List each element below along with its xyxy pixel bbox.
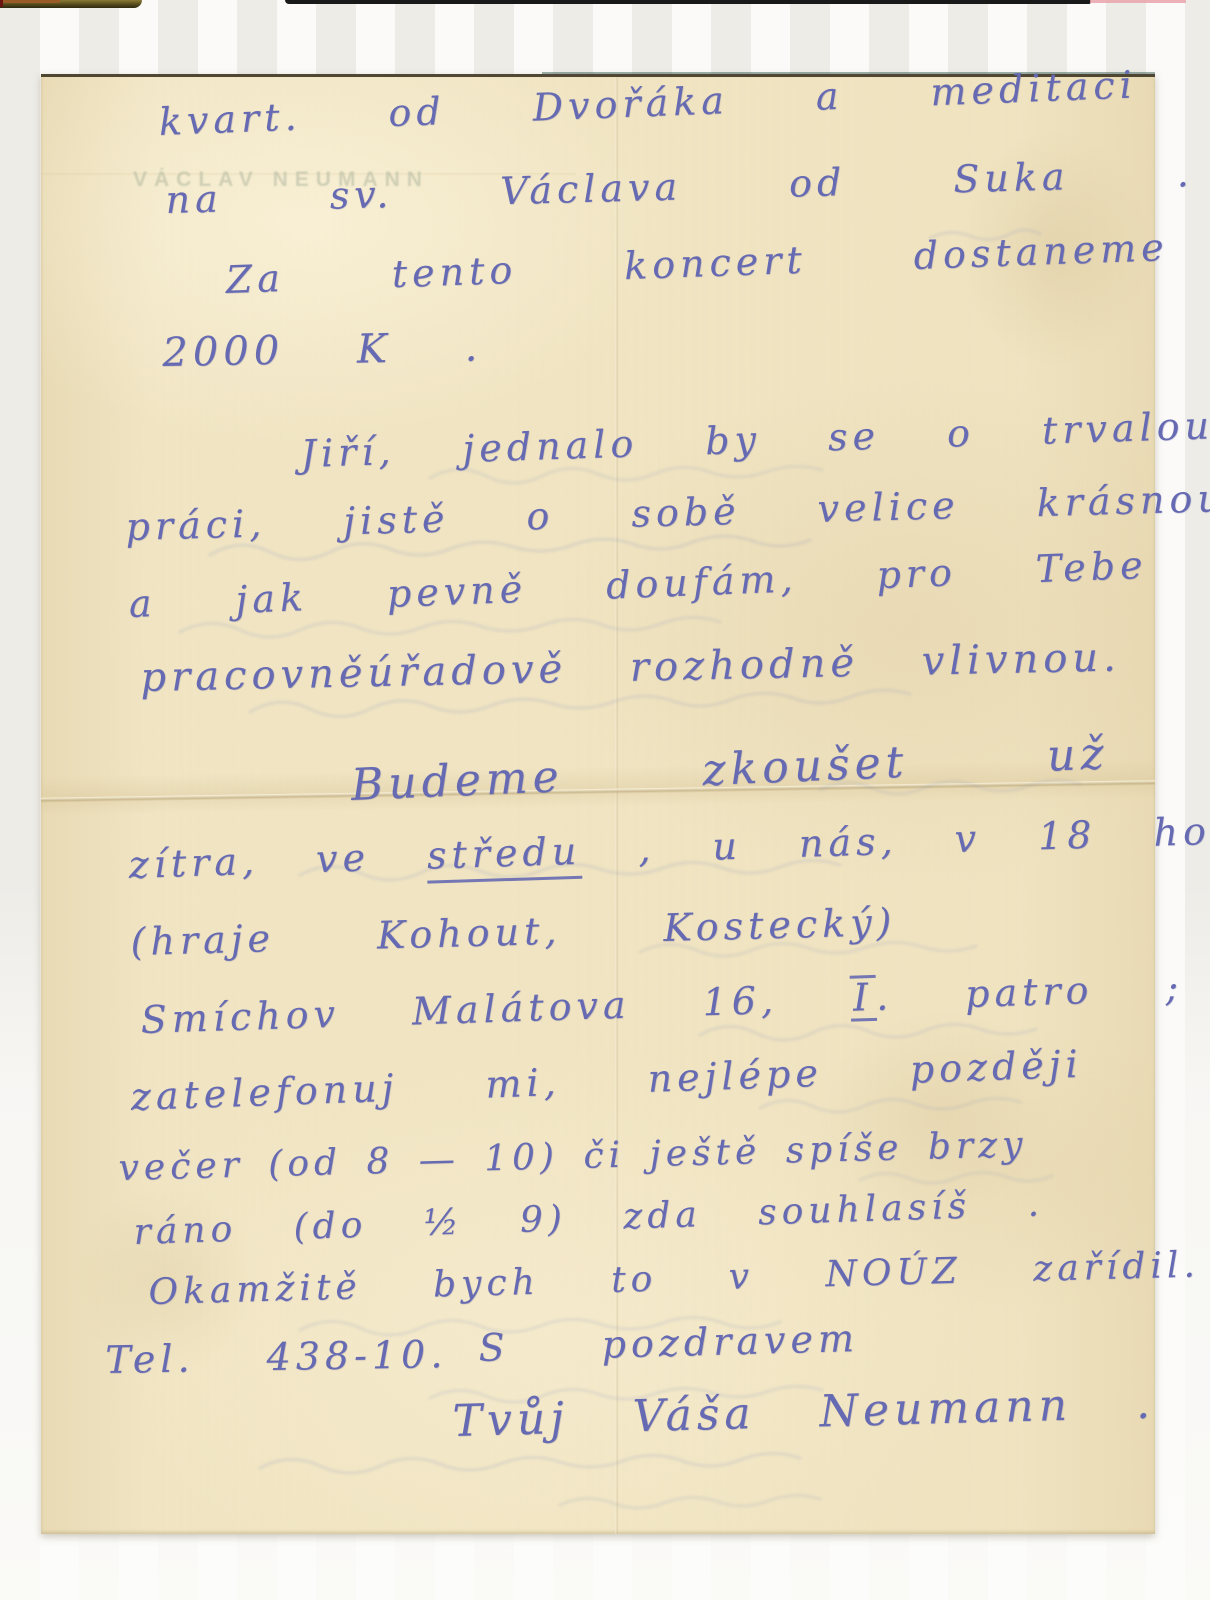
handwritten-text: ráno (do ½ 9) zda souhlasíš . — [133, 1183, 1045, 1253]
handwritten-line-19: Tvůj Váša Neumann . — [452, 1378, 1156, 1447]
handwritten-line-6: práci, jistě o sobě velice krásnou, — [125, 476, 1210, 549]
handwritten-text: Tel. 438-10. — [105, 1332, 448, 1382]
handwritten-text: , u nás, v 18 hod, — [580, 808, 1210, 873]
handwritten-text: Smíchov Malátova 16, — [140, 976, 851, 1042]
scanner-edge-artifact-gold — [0, 0, 142, 8]
scanner-edge-artifact-black — [285, 0, 1091, 4]
handwritten-line-17: Tel. 438-10. — [105, 1332, 448, 1382]
handwritten-line-14: večer (od 8 — 10) či ještě spíše brzy — [118, 1124, 1028, 1189]
handwritten-text-underline: středu — [426, 829, 582, 884]
handwritten-line-1: kvart. od Dvořáka a meditaci — [158, 62, 1137, 144]
handwritten-line-8: pracovněúřadově rozhodně vlivnou. — [140, 634, 1121, 701]
handwritten-line-16: Okamžitě bych to v NOÚZ zařídil. — [148, 1244, 1200, 1313]
handwritten-text: (hraje Kohout, Kostecký) — [130, 900, 897, 964]
handwritten-text: . patro ; — [875, 965, 1184, 1019]
handwritten-line-4: 2000 K . — [162, 324, 483, 376]
handwritten-line-18: S pozdravem — [478, 1316, 860, 1370]
handwritten-text-roman: I — [849, 975, 876, 1022]
handwritten-line-5: Jiří, jednalo by se o trvalou — [300, 403, 1210, 476]
handwritten-text: Budeme zkoušet už — [350, 728, 1110, 811]
handwritten-line-12: Smíchov Malátova 16, I. patro ; — [140, 965, 1184, 1044]
handwritten-text: S pozdravem — [478, 1316, 860, 1370]
handwritten-text: Za tento koncert dostaneme — [225, 225, 1169, 302]
handwritten-text: práci, jistě o sobě velice krásnou, — [125, 476, 1210, 549]
scanner-background: VÁCLAV NEUMANN kvart. od Dvořáka a medit… — [0, 0, 1210, 1600]
handwritten-text: zítra, ve — [128, 834, 428, 887]
handwritten-line-15: ráno (do ½ 9) zda souhlasíš . — [133, 1183, 1045, 1253]
handwritten-line-11: (hraje Kohout, Kostecký) — [130, 900, 897, 964]
handwritten-text: zatelefonuj mi, nejlépe později — [130, 1042, 1083, 1119]
handwritten-line-13: zatelefonuj mi, nejlépe později — [130, 1042, 1083, 1119]
handwritten-line-7: a jak pevně doufám, pro Tebe — [128, 543, 1148, 626]
handwritten-line-3: Za tento koncert dostaneme — [225, 225, 1169, 302]
scanner-edge-artifact-pink — [1090, 0, 1186, 3]
handwritten-text: 2000 K . — [162, 324, 483, 376]
handwritten-line-2: na sv. Václava od Suka . — [165, 151, 1194, 222]
scanner-edge-artifact-red — [0, 0, 3, 7]
handwritten-text: pracovněúřadově rozhodně vlivnou. — [140, 634, 1121, 701]
handwritten-text: Tvůj Váša Neumann . — [452, 1378, 1156, 1447]
handwritten-text: na sv. Václava od Suka . — [165, 151, 1194, 222]
handwritten-text: večer (od 8 — 10) či ještě spíše brzy — [118, 1124, 1028, 1189]
handwritten-line-10: zítra, ve středu , u nás, v 18 hod, — [128, 808, 1210, 887]
handwritten-line-9: Budeme zkoušet už — [350, 728, 1110, 811]
handwritten-text: Jiří, jednalo by se o trvalou — [300, 403, 1210, 476]
handwriting-layer: kvart. od Dvořáka a meditacina sv. Václa… — [0, 0, 1210, 1600]
handwritten-text: Okamžitě bych to v NOÚZ zařídil. — [148, 1244, 1200, 1313]
handwritten-text: a jak pevně doufám, pro Tebe — [128, 543, 1148, 626]
handwritten-text: kvart. od Dvořáka a meditaci — [158, 62, 1137, 144]
